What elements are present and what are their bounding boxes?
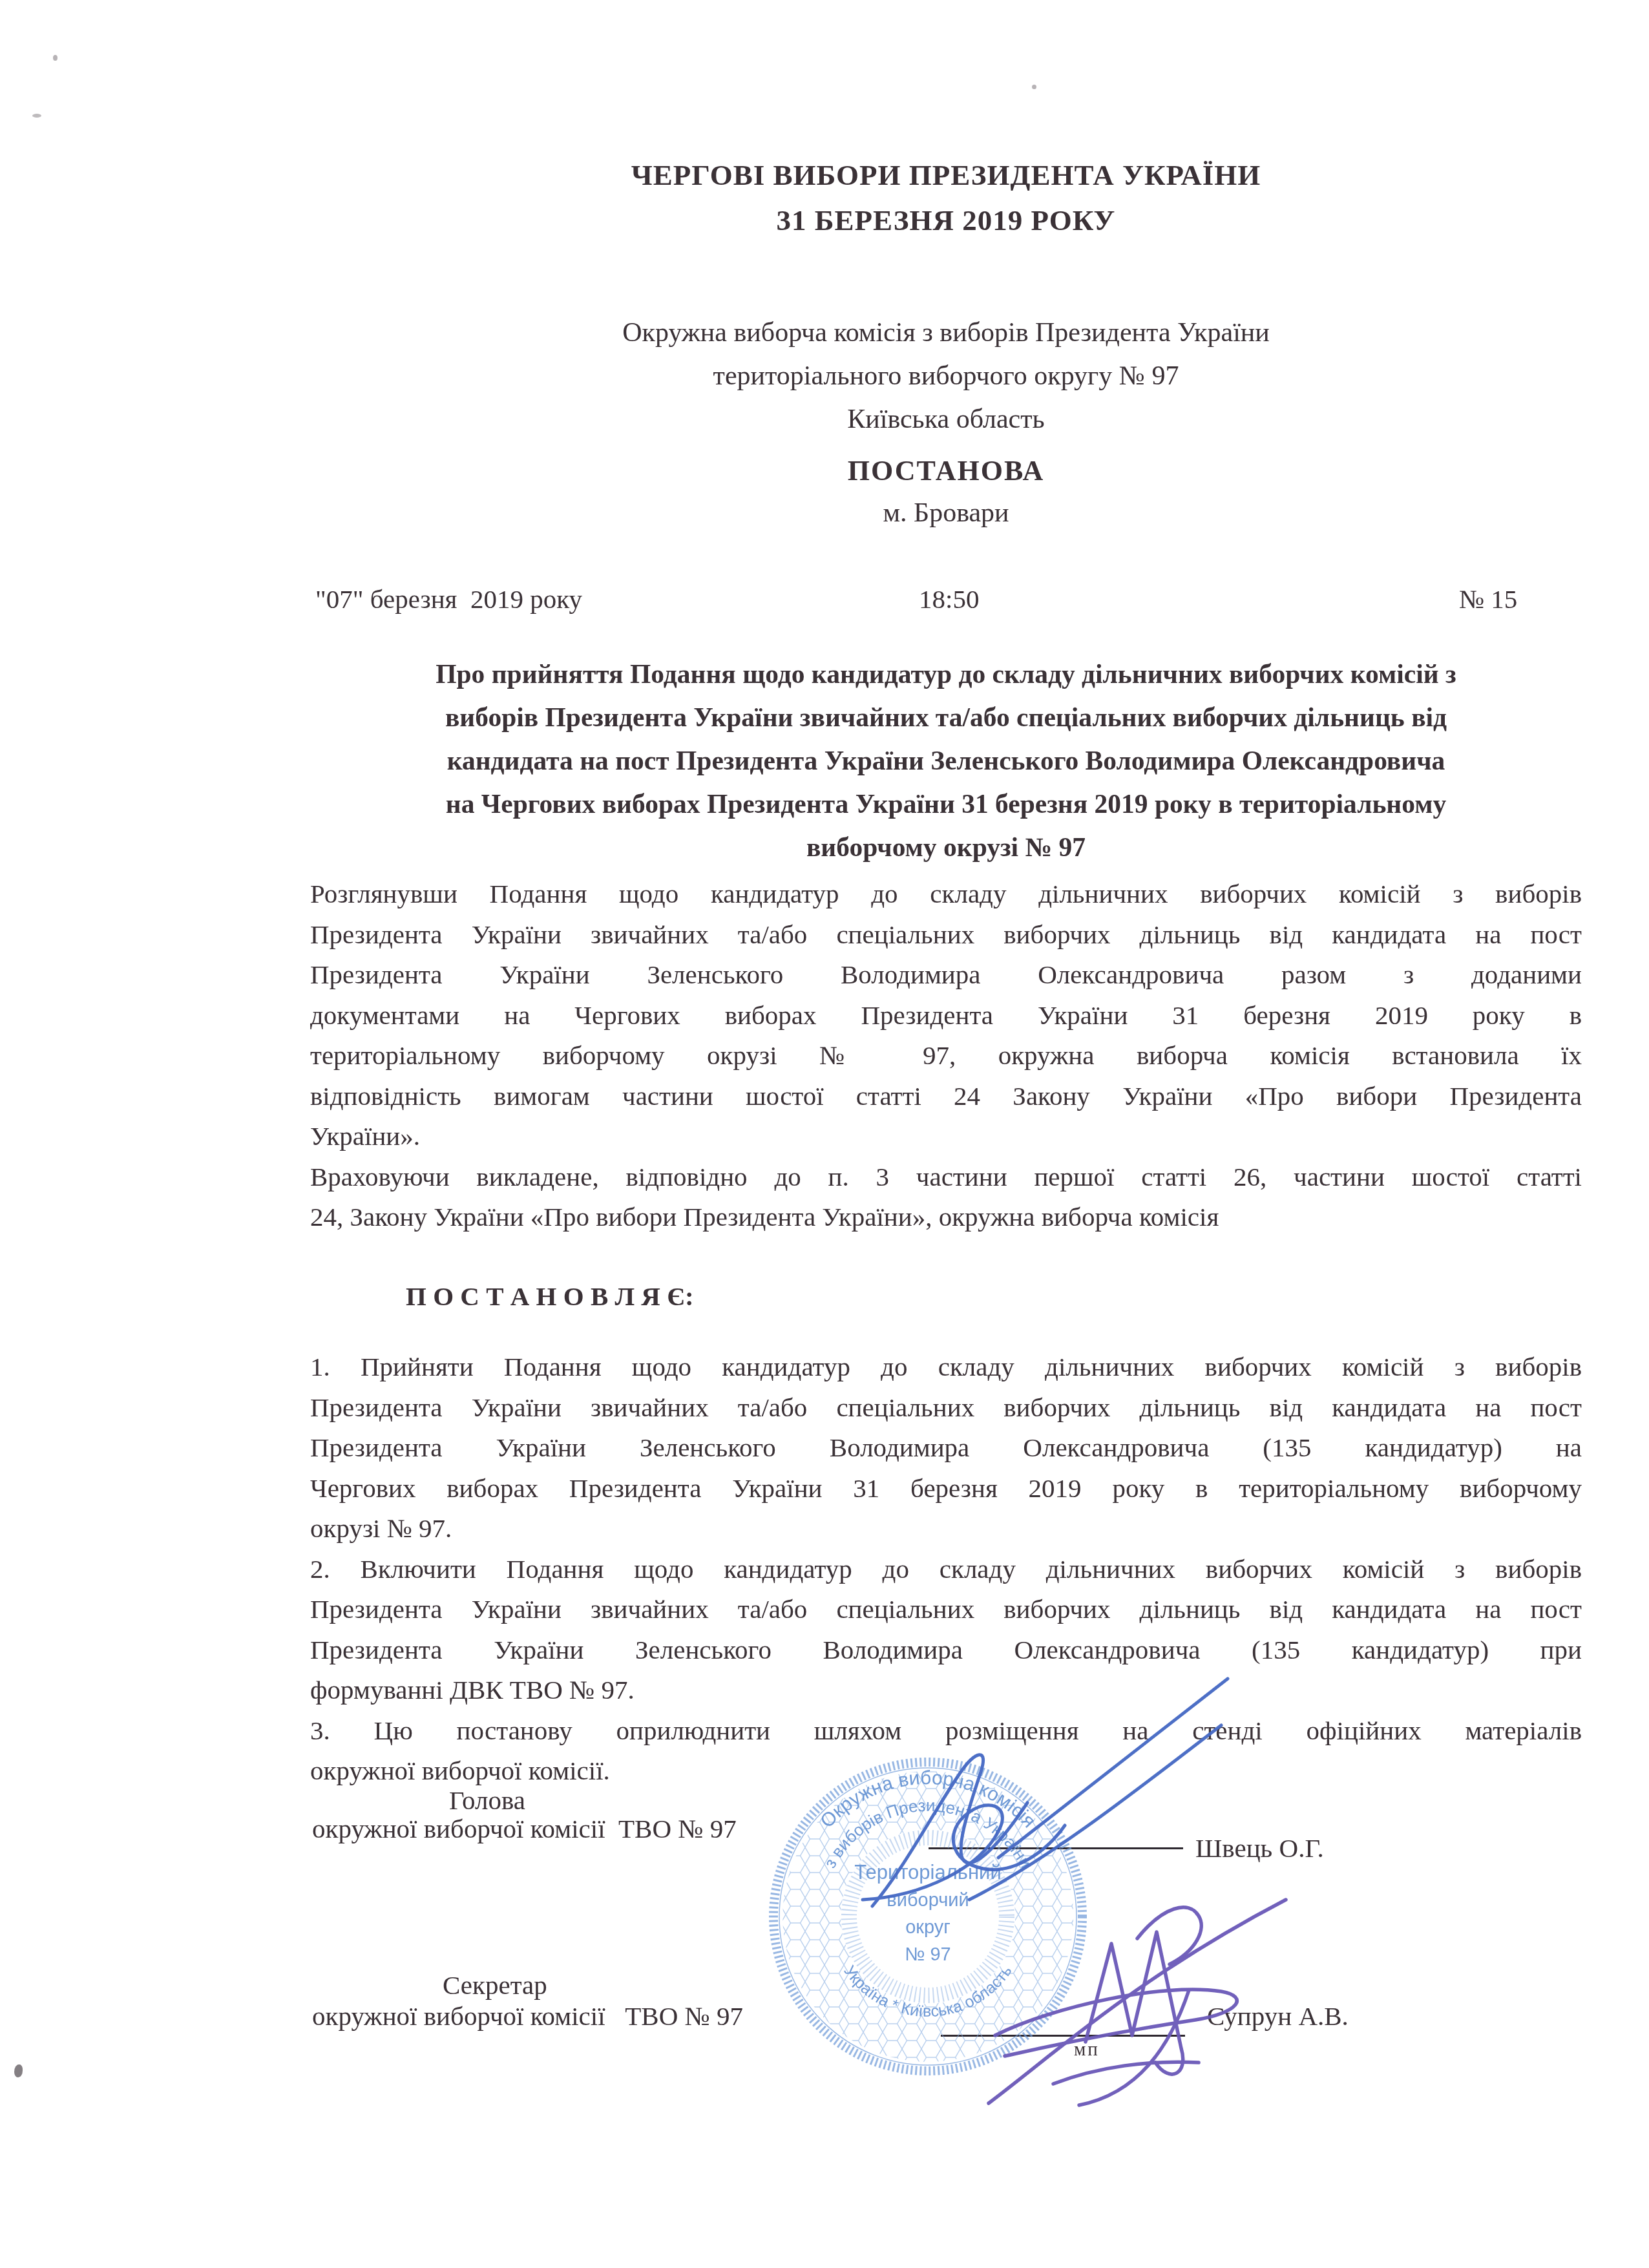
- header-line: 31 БЕРЕЗНЯ 2019 РОКУ: [310, 198, 1582, 243]
- subject-line: виборчому окрузі № 97: [310, 826, 1582, 869]
- subject-line: Про прийняття Подання щодо кандидатур до…: [310, 653, 1582, 696]
- secretary-signature-ink: [989, 1900, 1286, 2105]
- document-number: № 15: [1459, 583, 1517, 614]
- secretary-role-line2: окружної виборчої комісії ТВО № 97: [312, 2000, 743, 2032]
- document-type-title: ПОСТАНОВА: [310, 454, 1582, 487]
- commission-block: Окружна виборча комісія з виборів Презид…: [310, 311, 1582, 441]
- head-signature-ink: [863, 1679, 1228, 1906]
- handwritten-signatures: [775, 1628, 1422, 2145]
- head-role-line2: окружної виборчої комісії ТВО № 97: [312, 1813, 737, 1844]
- body-line: Президента України звичайних та/або спец…: [310, 1387, 1582, 1428]
- header-line: ЧЕРГОВІ ВИБОРИ ПРЕЗИДЕНТА УКРАЇНИ: [310, 152, 1582, 198]
- body-line: Чергових виборах Президента України 31 б…: [310, 1468, 1582, 1509]
- document-time: 18:50: [919, 583, 979, 614]
- body-line: територіальному виборчому окрузі № 97, о…: [310, 1035, 1582, 1076]
- body-line: 1. Прийняти Подання щодо кандидатур до с…: [310, 1347, 1582, 1387]
- body-line: документами на Чергових виборах Президен…: [310, 995, 1582, 1036]
- subject-line: виборів Президента України звичайних та/…: [310, 696, 1582, 739]
- body-line: відповідність вимогам частини шостої ста…: [310, 1076, 1582, 1117]
- scan-speck: [53, 55, 58, 61]
- head-role-title: Голова: [449, 1785, 525, 1816]
- document-header: ЧЕРГОВІ ВИБОРИ ПРЕЗИДЕНТА УКРАЇНИ 31 БЕР…: [310, 152, 1582, 243]
- subject-line: на Чергових виборах Президента України 3…: [310, 782, 1582, 826]
- body-line: окрузі № 97.: [310, 1508, 1582, 1549]
- body-line: Розглянувши Подання щодо кандидатур до с…: [310, 874, 1582, 914]
- commission-line: Окружна виборча комісія з виборів Презид…: [310, 311, 1582, 355]
- body-line: Президента України Зеленського Володимир…: [310, 1427, 1582, 1468]
- scan-speck: [1032, 85, 1036, 89]
- subject-paragraph: Про прийняття Подання щодо кандидатур до…: [310, 653, 1582, 869]
- body-line: Президента України звичайних та/або спец…: [310, 1589, 1582, 1630]
- scanned-document-page: ЧЕРГОВІ ВИБОРИ ПРЕЗИДЕНТА УКРАЇНИ 31 БЕР…: [0, 0, 1649, 2268]
- subject-line: кандидата на пост Президента України Зел…: [310, 739, 1582, 782]
- resolves-heading: П О С Т А Н О В Л Я Є:: [406, 1276, 1582, 1317]
- commission-line: Київська область: [310, 398, 1582, 441]
- meta-row: "07" березня 2019 року 18:50 № 15: [310, 583, 1582, 622]
- body-line: Президента України Зеленського Володимир…: [310, 954, 1582, 995]
- body-line: Враховуючи викладене, відповідно до п. 3…: [310, 1157, 1582, 1197]
- document-date: "07" березня 2019 року: [315, 583, 582, 614]
- scan-speck: [32, 114, 41, 118]
- body-line: 2. Включити Подання щодо кандидатур до с…: [310, 1549, 1582, 1590]
- document-city: м. Бровари: [310, 498, 1582, 529]
- body-line: 24, Закону України «Про вибори Президент…: [310, 1197, 1582, 1237]
- secretary-role-title: Секретар: [443, 1969, 547, 2000]
- body-line: України».: [310, 1116, 1582, 1157]
- scan-speck: [14, 2064, 23, 2077]
- commission-line: територіального виборчого округу № 97: [310, 355, 1582, 398]
- body-line: Президента України звичайних та/або спец…: [310, 914, 1582, 955]
